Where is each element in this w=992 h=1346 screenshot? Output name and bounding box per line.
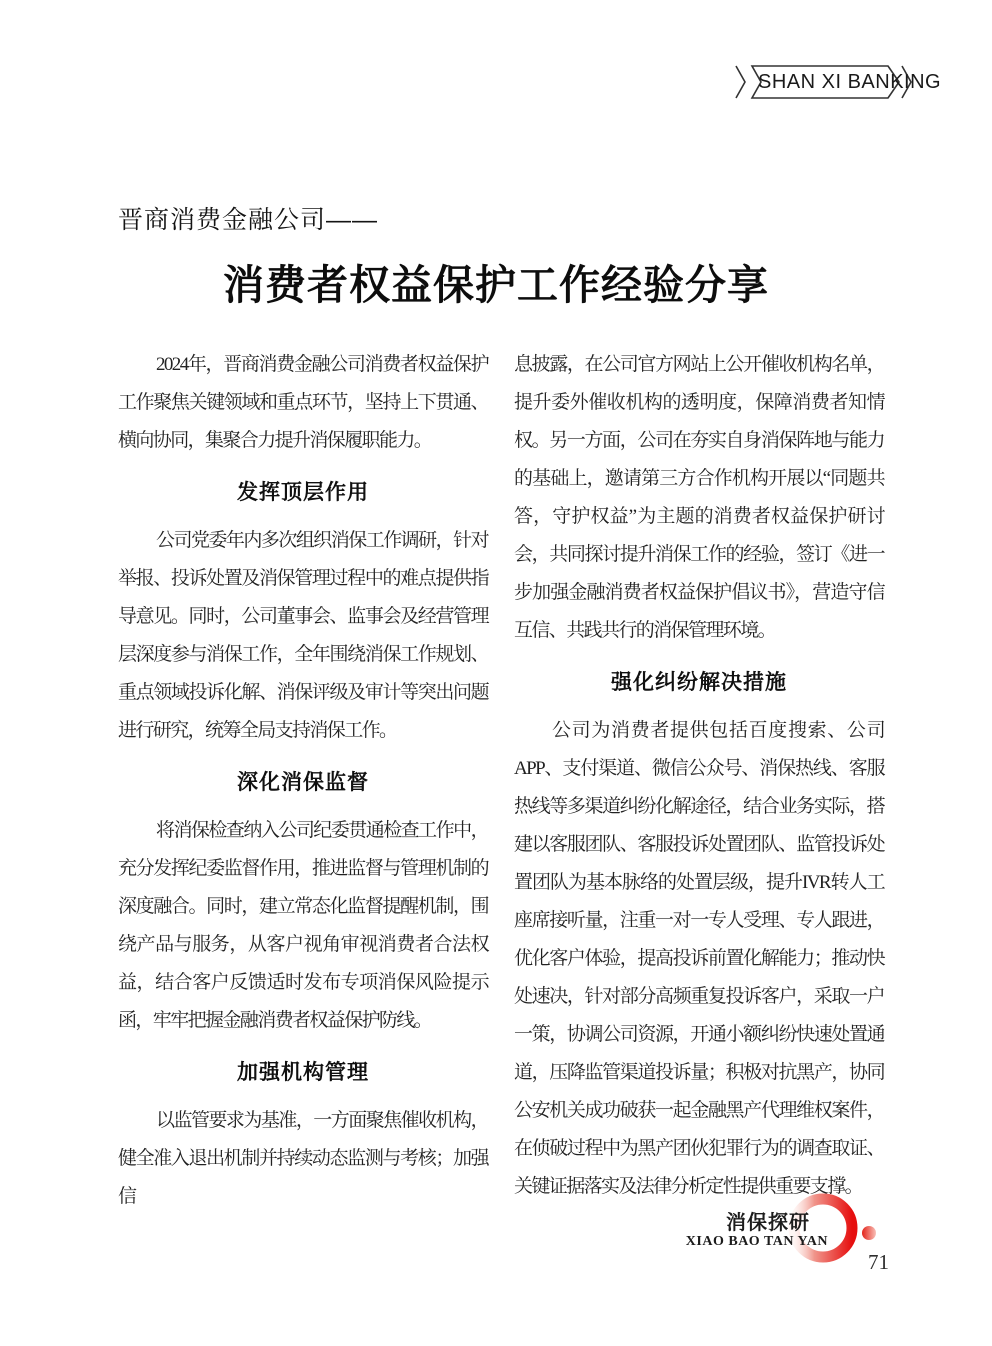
continuation-paragraph: 息披露，在公司官方网站上公开催收机构名单，提升委外催收机构的透明度，保障消费者知… — [514, 346, 884, 650]
magazine-page: SHAN XI BANKING 晋商消费金融公司—— 消费者权益保护工作经验分享… — [0, 0, 992, 1346]
section-paragraph: 公司党委年内多次组织消保工作调研，针对举报、投诉处置及消保管理过程中的难点提供指… — [118, 522, 488, 750]
page-number: 71 — [868, 1250, 889, 1275]
footer-logo-en: XIAO BAO TAN YAN — [650, 1234, 828, 1250]
left-column: 2024年，晋商消费金融公司消费者权益保护工作聚焦关键领域和重点环节，坚持上下贯… — [118, 346, 488, 1216]
page-title: 消费者权益保护工作经验分享 — [110, 252, 882, 311]
article-kicker: 晋商消费金融公司—— — [118, 200, 378, 236]
section-paragraph: 公司为消费者提供包括百度搜索、公司APP、支付渠道、微信公众号、消保热线、客服热… — [514, 712, 884, 1206]
right-column: 息披露，在公司官方网站上公开催收机构名单，提升委外催收机构的透明度，保障消费者知… — [514, 346, 884, 1216]
banner-chevron-left-icon — [736, 66, 745, 98]
section-heading-supervision: 深化消保监督 — [118, 765, 488, 801]
banner-label: SHAN XI BANKING — [758, 60, 893, 104]
article-columns: 2024年，晋商消费金融公司消费者权益保护工作聚焦关键领域和重点环节，坚持上下贯… — [118, 346, 884, 1216]
section-paragraph: 以监管要求为基准，一方面聚焦催收机构，健全准入退出机制并持续动态监测与考核；加强… — [118, 1102, 488, 1216]
footer-logo-cn: 消保探研 — [670, 1206, 810, 1235]
section-heading-institution: 加强机构管理 — [118, 1055, 488, 1091]
banner: SHAN XI BANKING — [728, 60, 918, 104]
section-heading-dispute: 强化纠纷解决措施 — [514, 665, 884, 701]
intro-paragraph: 2024年，晋商消费金融公司消费者权益保护工作聚焦关键领域和重点环节，坚持上下贯… — [118, 346, 488, 460]
section-paragraph: 将消保检查纳入公司纪委贯通检查工作中，充分发挥纪委监督作用，推进监督与管理机制的… — [118, 812, 488, 1040]
dot-icon — [862, 1226, 876, 1240]
section-heading-top-level: 发挥顶层作用 — [118, 475, 488, 511]
